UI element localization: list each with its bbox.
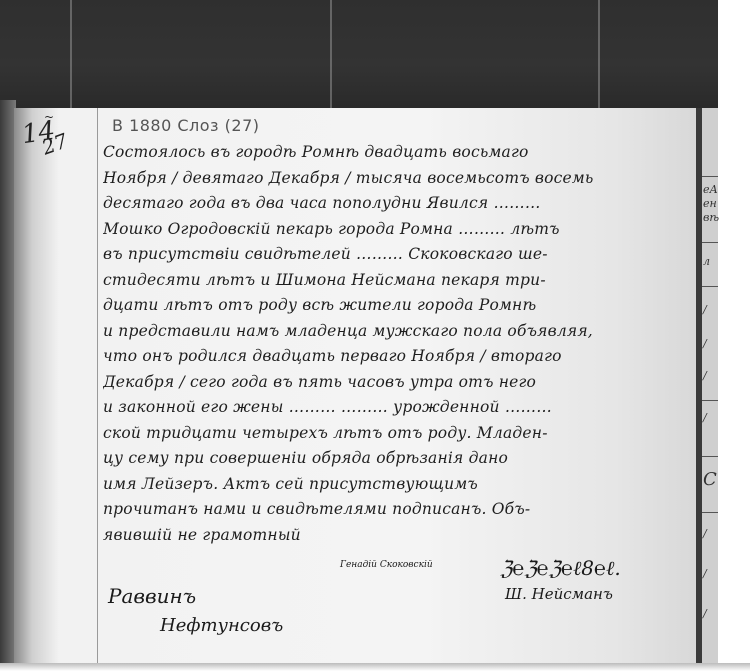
text-line: Ноября / девятаго Декабря / тысяча восем… xyxy=(103,166,695,192)
table-rule xyxy=(702,176,718,177)
text-line: Декабря / сего года въ пять часовъ утра … xyxy=(103,370,695,396)
adjacent-text-fragment: С xyxy=(703,474,717,486)
text-line: стидесяти лѣтъ и Шимона Нейсмана пекаря … xyxy=(103,268,695,294)
fold-crease xyxy=(70,0,72,108)
record-body: Состоялось въ городѣ Ромнѣ двадцать вось… xyxy=(103,140,695,548)
table-rule xyxy=(702,242,718,243)
text-line: въ присутствiи свидѣтелей ……… Скоковскаг… xyxy=(103,242,695,268)
adjacent-text-fragment: ен xyxy=(703,198,717,210)
table-rule xyxy=(702,400,718,401)
rabbi-title-signature: Раввинъ xyxy=(108,584,196,608)
rabbi-name-signature: Нефтунсовъ xyxy=(160,615,283,636)
text-line: дцати лѣтъ отъ роду всѣ жители города Ро… xyxy=(103,293,695,319)
archive-annotation: В 1880 Слоз (27) xyxy=(112,116,260,135)
adjacent-text-fragment: / xyxy=(703,412,707,424)
adjacent-text-fragment: / xyxy=(703,528,707,540)
text-line: и представили намъ младенца мужскаго пол… xyxy=(103,319,695,345)
dark-scan-band xyxy=(0,0,718,108)
fold-crease xyxy=(330,0,332,108)
adjacent-page-edge: еА ен вѣ л / / / / С / / / xyxy=(702,108,718,663)
adjacent-text-fragment: л xyxy=(703,256,710,268)
text-line: цу сему при совершенiи обряда обрѣзанiя … xyxy=(103,446,695,472)
father-name-note: Генадiй Скоковскiй xyxy=(340,560,433,570)
table-rule xyxy=(702,456,718,457)
adjacent-text-fragment: / xyxy=(703,338,707,350)
text-line: Мошко Огродовскiй пекарь города Ромна ……… xyxy=(103,217,695,243)
adjacent-text-fragment: / xyxy=(703,304,707,316)
text-line: что онъ родился двадцать перваго Ноября … xyxy=(103,344,695,370)
text-line: Состоялось въ городѣ Ромнѣ двадцать вось… xyxy=(103,140,695,166)
scan-bottom-edge xyxy=(0,663,750,671)
text-line: десятаго года въ два часа пополудни Явил… xyxy=(103,191,695,217)
adjacent-text-fragment: / xyxy=(703,608,707,620)
adjacent-text-fragment: / xyxy=(703,370,707,382)
table-rule xyxy=(702,286,718,287)
text-line: ской тридцати четырехъ лѣтъ отъ роду. Мл… xyxy=(103,421,695,447)
margin-rule xyxy=(97,108,98,663)
witness-signature: Ш. Нейсманъ xyxy=(505,585,613,603)
text-line: имя Лейзеръ. Актъ сей присутствующимъ xyxy=(103,472,695,498)
text-line: явившiй не грамотный xyxy=(103,523,695,549)
text-line: и законной его жены ……… ……… урожденной …… xyxy=(103,395,695,421)
father-signature: ℨ℮ℨ℮ℨ℮ℓ8℮ℓ. xyxy=(500,556,621,581)
adjacent-text-fragment: еА xyxy=(703,184,718,196)
fold-crease xyxy=(598,0,600,108)
adjacent-text-fragment: / xyxy=(703,568,707,580)
text-line: прочитанъ нами и свидѣтелями подписанъ. … xyxy=(103,497,695,523)
table-rule xyxy=(702,512,718,513)
adjacent-text-fragment: вѣ xyxy=(703,212,719,224)
